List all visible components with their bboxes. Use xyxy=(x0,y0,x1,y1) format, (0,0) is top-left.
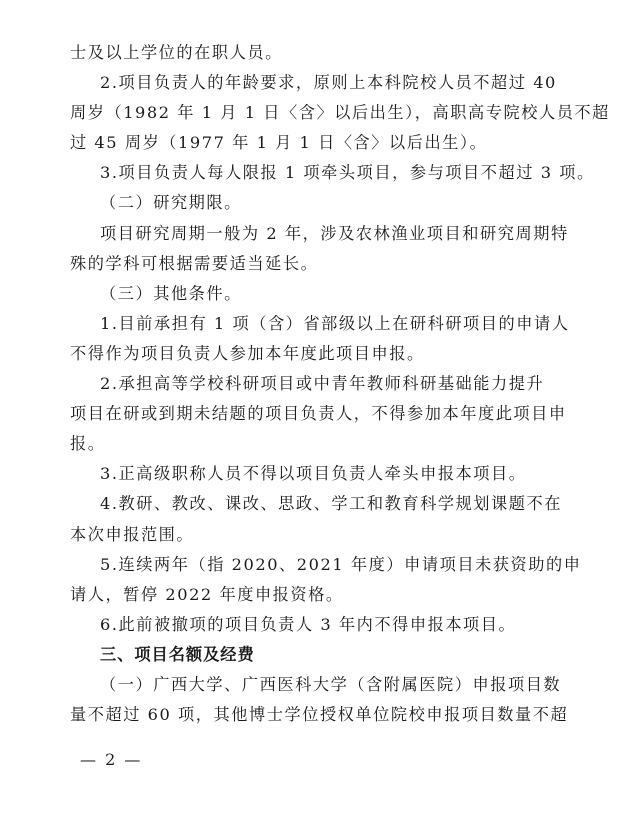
text-line: 过 45 周岁（1977 年 1 月 1 日〈含〉以后出生）。 xyxy=(70,128,558,158)
text-line: 报。 xyxy=(70,429,558,459)
text-line: 士及以上学位的在职人员。 xyxy=(70,38,558,68)
document-body: 士及以上学位的在职人员。 2.项目负责人的年龄要求，原则上本科院校人员不超过 4… xyxy=(70,38,558,730)
subheading: （三）其他条件。 xyxy=(70,279,558,309)
text-line: 3.项目负责人每人限报 1 项牵头项目，参与项目不超过 3 项。 xyxy=(70,158,558,188)
text-line: 2.承担高等学校科研项目或中青年教师科研基础能力提升 xyxy=(70,369,558,399)
text-line: 1.目前承担有 1 项（含）省部级以上在研科研项目的申请人 xyxy=(70,309,558,339)
text-line: 请人，暂停 2022 年度申报资格。 xyxy=(70,580,558,610)
page-number: — 2 — xyxy=(80,750,142,769)
text-line: 项目研究周期一般为 2 年，涉及农林渔业项目和研究周期特 xyxy=(70,219,558,249)
text-line: 3.正高级职称人员不得以项目负责人牵头申报本项目。 xyxy=(70,459,558,489)
text-line: 4.教研、教改、课改、思政、学工和教育科学规划课题不在 xyxy=(70,489,558,519)
text-line: 不得作为项目负责人参加本年度此项目申报。 xyxy=(70,339,558,369)
section-heading: 三、项目名额及经费 xyxy=(70,640,558,670)
document-page: 士及以上学位的在职人员。 2.项目负责人的年龄要求，原则上本科院校人员不超过 4… xyxy=(0,0,624,831)
text-line: 5.连续两年（指 2020、2021 年度）申请项目未获资助的申 xyxy=(70,550,558,580)
text-line: 2.项目负责人的年龄要求，原则上本科院校人员不超过 40 xyxy=(70,68,558,98)
text-line: 6.此前被撤项的项目负责人 3 年内不得申报本项目。 xyxy=(70,610,558,640)
subheading: （二）研究期限。 xyxy=(70,188,558,218)
text-line: 项目在研或到期未结题的项目负责人，不得参加本年度此项目申 xyxy=(70,399,558,429)
text-line: （一）广西大学、广西医科大学（含附属医院）申报项目数 xyxy=(70,670,558,700)
text-line: 殊的学科可根据需要适当延长。 xyxy=(70,249,558,279)
text-line: 量不超过 60 项，其他博士学位授权单位院校申报项目数量不超 xyxy=(70,700,558,730)
text-line: 本次申报范围。 xyxy=(70,520,558,550)
text-line: 周岁（1982 年 1 月 1 日〈含〉以后出生），高职高专院校人员不超 xyxy=(70,98,558,128)
